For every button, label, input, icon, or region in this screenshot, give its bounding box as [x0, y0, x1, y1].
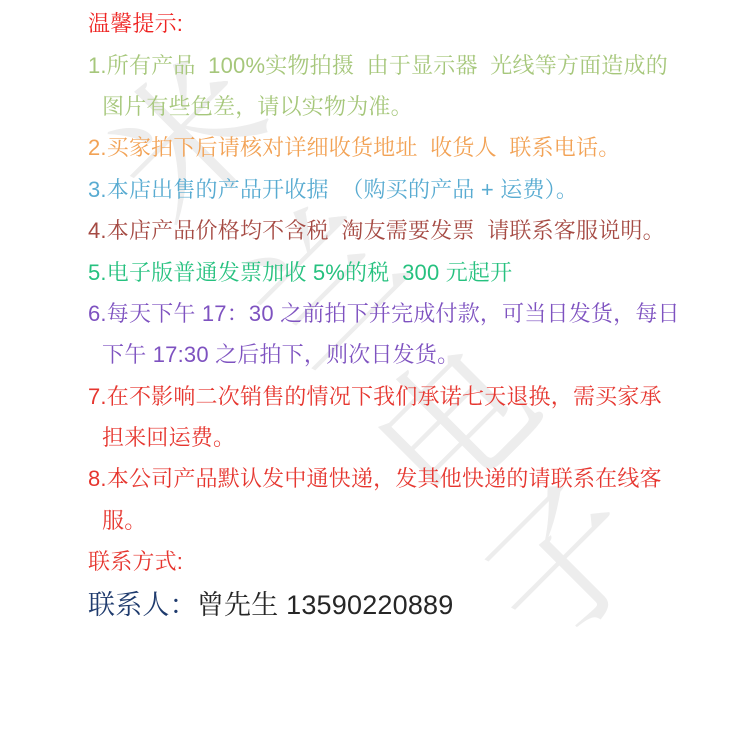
- notice-line-6-cont: 下午 17:30 之后拍下，则次日发货。: [88, 333, 688, 374]
- notice-line-2: 2.买家拍下后请核对详细收货地址 收货人 联系电话。: [88, 126, 688, 167]
- notice-line-1-cont: 图片有些色差，请以实物为准。: [88, 85, 688, 126]
- contact-person-line: 联系人： 曾先生 13590220889: [88, 581, 688, 622]
- contact-person-value: 曾先生 13590220889: [197, 583, 454, 622]
- notice-line-8-cont: 服。: [88, 499, 688, 540]
- notice-line-8: 8.本公司产品默认发中通快递，发其他快递的请联系在线客: [88, 457, 688, 498]
- notice-content: 温馨提示: 1.所有产品 100%实物拍摄 由于显示器 光线等方面造成的 图片有…: [88, 2, 688, 623]
- notice-document: 米 兰 电 子 温馨提示: 1.所有产品 100%实物拍摄 由于显示器 光线等方…: [0, 0, 730, 730]
- contact-person-label: 联系人：: [88, 583, 197, 622]
- notice-line-7: 7.在不影响二次销售的情况下我们承诺七天退换，需买家承: [88, 375, 688, 416]
- contact-heading: 联系方式:: [88, 540, 688, 581]
- notice-heading: 温馨提示:: [88, 2, 688, 43]
- notice-line-6: 6.每天下午 17：30 之前拍下并完成付款，可当日发货，每日: [88, 292, 688, 333]
- notice-line-1: 1.所有产品 100%实物拍摄 由于显示器 光线等方面造成的: [88, 43, 688, 84]
- notice-line-5: 5.电子版普通发票加收 5%的税 300 元起开: [88, 250, 688, 291]
- notice-line-3: 3.本店出售的产品开收据 （购买的产品 + 运费）。: [88, 168, 688, 209]
- notice-line-4: 4.本店产品价格均不含税 淘友需要发票 请联系客服说明。: [88, 209, 688, 250]
- notice-line-7-cont: 担来回运费。: [88, 416, 688, 457]
